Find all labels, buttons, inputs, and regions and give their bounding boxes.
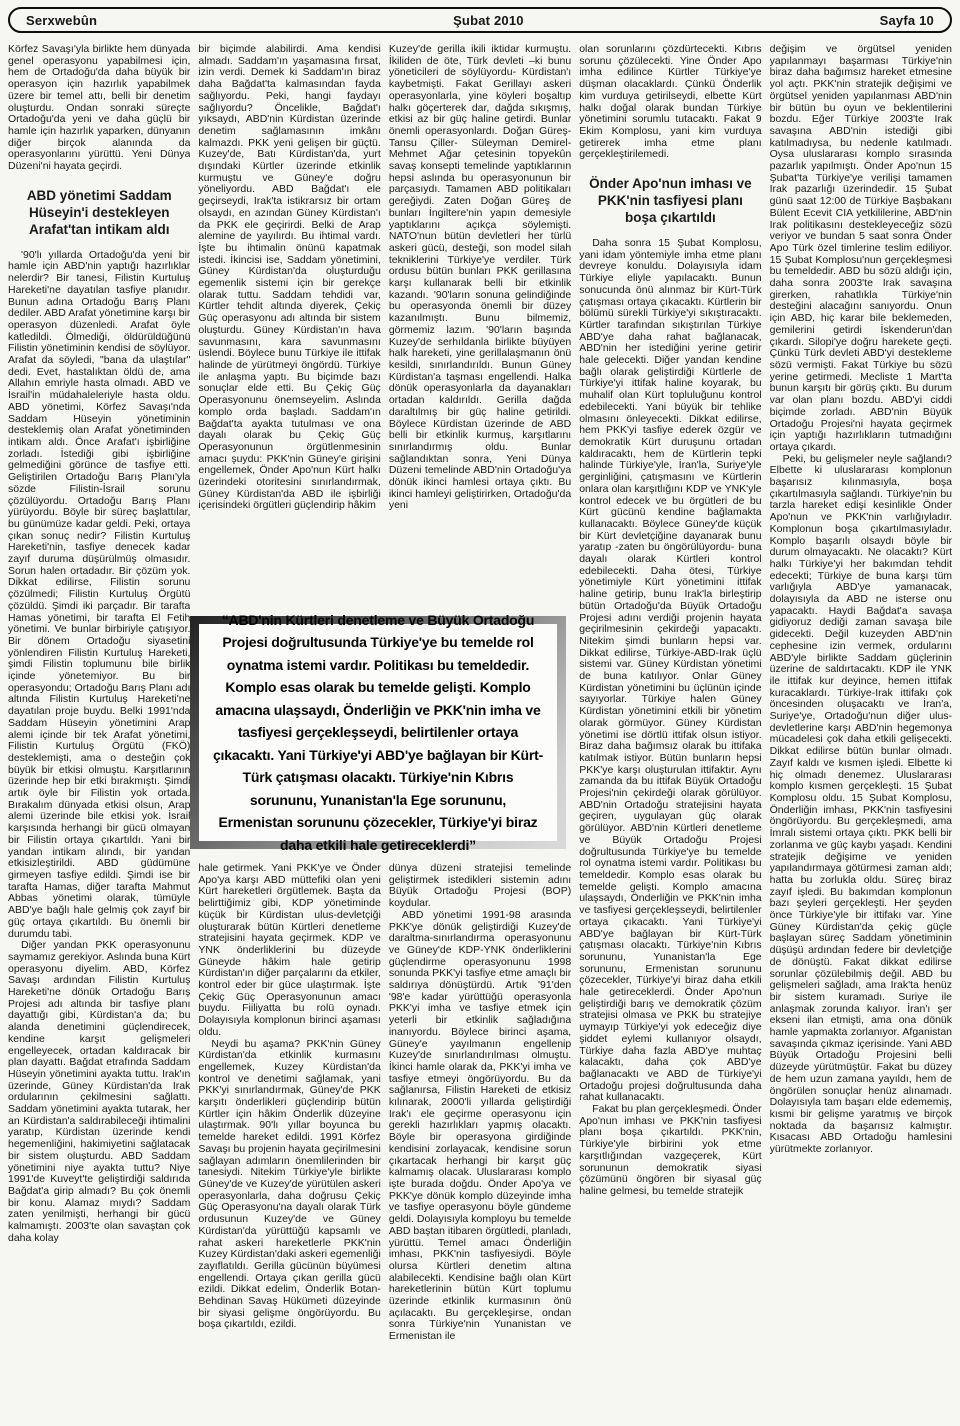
column-1: Körfez Savaşı'yla birlikte hem dünyada g…	[8, 44, 190, 1422]
paragraph: Daha sonra 15 Şubat Komplosu, yani idam …	[579, 238, 761, 1104]
paragraph: Neydi bu aşama? PKK'nin Güney Kürdistan'…	[198, 1039, 380, 1332]
masthead-page-number: Sayfa 10	[880, 13, 934, 28]
paragraph: dünya düzeni stratejisi temelinde gelişt…	[389, 863, 571, 910]
paragraph: olan sorunlarını çözdürtecekti. Kıbrıs s…	[579, 44, 761, 161]
pull-quote: “ABD'nin Kürtleri denetleme ve Büyük Ort…	[190, 616, 566, 849]
column-5: değişim ve örgütsel yeniden yapılanmayı …	[770, 44, 952, 1422]
paragraph: hale getirmek. Yani PKK'ye ve Önder Apo'…	[198, 863, 380, 1039]
newspaper-page: Serxwebûn Şubat 2010 Sayfa 10 Körfez Sav…	[0, 0, 960, 1426]
paragraph: değişim ve örgütsel yeniden yapılanmayı …	[770, 44, 952, 454]
paragraph: Kuzey'de gerilla ikili iktidar kurmuştu.…	[389, 44, 571, 512]
section-heading: Önder Apo'nun imhası ve PKK'nin tasfiyes…	[581, 175, 759, 226]
column-4: olan sorunlarını çözdürtecekti. Kıbrıs s…	[579, 44, 761, 1422]
masthead-date: Şubat 2010	[453, 13, 524, 28]
pull-quote-frame: “ABD'nin Kürtleri denetleme ve Büyük Ort…	[199, 624, 557, 841]
section-heading: ABD yönetimi Saddam Hüseyin'i destekleye…	[10, 187, 188, 238]
column-2-top-segment: bir biçimde alabilirdi. Ama kendisi alma…	[198, 44, 380, 616]
masthead: Serxwebûn Şubat 2010 Sayfa 10	[8, 7, 952, 33]
paragraph: '90'lı yıllarda Ortadoğu'da yeni bir ham…	[8, 250, 190, 940]
paragraph: bir biçimde alabilirdi. Ama kendisi alma…	[198, 44, 380, 512]
column-3-top-segment: Kuzey'de gerilla ikili iktidar kurmuştu.…	[389, 44, 571, 616]
paragraph: Peki, bu gelişmeler neyle sağlandı? Elbe…	[770, 454, 952, 1156]
masthead-title: Serxwebûn	[26, 13, 97, 28]
paragraph: Körfez Savaşı'yla birlikte hem dünyada g…	[8, 44, 190, 173]
paragraph: ABD yönetimi 1991-98 arasında PKK'ye dön…	[389, 910, 571, 1343]
paragraph: Fakat bu plan gerçekleşmedi. Önder Apo'n…	[579, 1104, 761, 1198]
pull-quote-text: “ABD'nin Kürtleri denetleme ve Büyük Ort…	[211, 609, 545, 857]
paragraph: Diğer yandan PKK operasyonunu saymamız g…	[8, 940, 190, 1244]
